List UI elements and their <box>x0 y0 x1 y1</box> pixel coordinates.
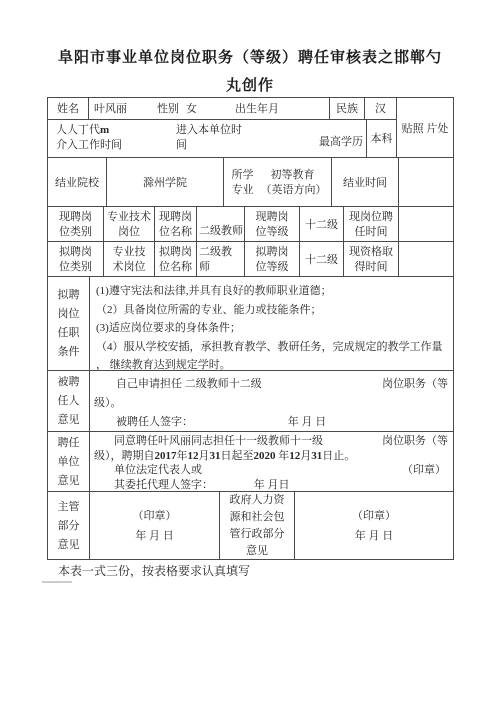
school-label: 结业院校 <box>55 176 99 190</box>
row-work-time: 人人丁代m 介入工作时间 进入本单位时间 最高学历 本科 <box>48 119 396 158</box>
unit-header-cell: 聘任单位意见 <box>48 432 89 492</box>
work-start-line1-suffix: m <box>100 124 109 136</box>
appointee-signature-label: 被聘任人签字： <box>116 416 193 428</box>
row-current-post: 现聘岗位类别 专业技术岗位 现聘岗位名称 二级教师 现聘岗位等级 十二级 现岗位… <box>48 206 453 242</box>
appointment-form-table: 贴照 片处 姓名 叶风丽 性别 女 出生年月 民族 汉 人人 <box>47 97 454 560</box>
government-seal-label: （印章） <box>324 506 424 526</box>
unit-post-duty-text: 岗位职务（等 <box>382 434 448 449</box>
scan-artifact-line <box>42 581 72 583</box>
row-unit-opinion: 聘任单位意见 同意聘任叶风丽同志担任十一级教师十一级 岗位职务（等 级），聘期自… <box>48 431 453 492</box>
government-seal-cell: （印章）年 月 日 <box>294 492 453 560</box>
appointee-header: 被聘任人意见 <box>57 373 81 430</box>
conditions-header-cell: 拟聘岗位任职条件 <box>48 277 89 371</box>
current-post-name-value: 二级教师 <box>199 224 243 239</box>
current-post-category-label-cell: 现聘岗位类别 <box>48 207 103 242</box>
government-dept-label: 政府人力资源和社会包管行政部分意见 <box>229 492 286 560</box>
proposed-post-category-value-cell: 专业技术岗位 <box>103 242 154 277</box>
supervisor-seal-cell: （印章）年 月 日 <box>89 492 219 560</box>
proposed-post-grade-label: 拟聘岗位等级 <box>252 245 292 275</box>
proposed-post-name-value-cell: 二级教师 <box>196 242 244 277</box>
current-post-grade-value-cell: 十二级 <box>299 207 343 242</box>
major-value: 初等教育（英语方向） <box>261 168 325 198</box>
footer-note: 本表一式三份，按表格要求认真填写 <box>58 562 250 579</box>
name-gender-birth-cell: 叶风丽 性别 女 出生年月 <box>88 98 329 119</box>
supervisor-seal-label: （印章） <box>105 506 205 526</box>
row-conditions: 拟聘岗位任职条件 (1)遵守宪法和法律,并具有良好的教师职业道德； （2）具备岗… <box>48 276 453 371</box>
condition-line-1: (1)遵守宪法和法律,并具有良好的教师职业道德； <box>96 282 447 301</box>
unit-agree-text: 同意聘任叶风丽同志担任十一级教师十一级 <box>114 434 323 449</box>
work-time-cell: 人人丁代m 介入工作时间 进入本单位时间 最高学历 <box>48 120 366 158</box>
qualification-time-label: 现资格取得时间 <box>348 245 394 275</box>
proposed-post-grade-value-cell: 十二级 <box>299 242 343 277</box>
row-school: 结业院校 滁州学院 所学专业 初等教育（英语方向） 结业时间 <box>48 157 453 207</box>
school-label-cell: 结业院校 <box>48 158 106 207</box>
unit-agent-signature-label: 其委托代理人签字： <box>114 479 213 491</box>
major-label: 所学专业 <box>231 168 255 198</box>
proposed-post-category-label: 拟聘岗位类别 <box>56 245 96 275</box>
appointee-header-cell: 被聘任人意见 <box>48 371 89 432</box>
government-date-label: 年 月 日 <box>324 526 424 546</box>
highest-education-label: 最高学历 <box>319 135 363 149</box>
gender-value: 女 <box>186 102 197 116</box>
current-post-name-label: 现聘岗位名称 <box>156 210 196 240</box>
document-title-line1: 阜阳市事业单位岗位职务（等级）聘任审核表之邯郸勺 <box>0 44 500 72</box>
qualification-time-value-cell <box>398 242 453 277</box>
unit-term-text: 级），聘期自2017年12月31日起至2020 年12月31日止。 <box>94 449 448 464</box>
current-post-name-label-cell: 现聘岗位名称 <box>154 207 196 242</box>
highest-education-value-cell: 本科 <box>366 120 396 158</box>
condition-line-2: （2）具备岗位所需的专业、能力或技能条件； <box>96 301 447 320</box>
ethnicity-label: 民族 <box>336 102 358 116</box>
row-appointee-opinion: 被聘任人意见 自己申请担任 二级教师十二级 岗位职务（等 级）。 被聘任人签字：… <box>48 370 453 432</box>
proposed-post-name-label-cell: 拟聘岗位名称 <box>154 242 196 277</box>
name-label-cell: 姓名 <box>48 98 88 119</box>
proposed-post-grade-value: 十二级 <box>305 253 338 267</box>
graduation-time-label-cell: 结业时间 <box>331 158 398 207</box>
school-value-cell: 滁州学院 <box>106 158 223 207</box>
current-post-grade-value: 十二级 <box>305 218 338 232</box>
proposed-post-category-value: 专业技术岗位 <box>111 245 147 275</box>
document-title-line2: 丸创作 <box>0 72 500 100</box>
proposed-post-grade-label-cell: 拟聘岗位等级 <box>244 242 299 277</box>
current-post-time-label: 现岗位聘任时间 <box>348 210 394 240</box>
form-document: 阜阳市事业单位岗位职务（等级）聘任审核表之邯郸勺 丸创作 贴照 片处 姓名 叶风… <box>0 0 500 708</box>
ethnicity-value: 汉 <box>375 102 386 116</box>
photo-paste-cell: 贴照 片处 <box>396 98 453 157</box>
row-supervisor-opinion: 主管部分意见 （印章）年 月 日 政府人力资源和社会包管行政部分意见 （印章）年… <box>48 491 453 560</box>
current-post-category-value: 专业技术岗位 <box>106 210 152 240</box>
appointee-content-cell: 自己申请担任 二级教师十二级 岗位职务（等 级）。 被聘任人签字： 年 月 日 <box>89 371 453 432</box>
current-post-category-value-cell: 专业技术岗位 <box>103 207 154 242</box>
supervisor-date-label: 年 月 日 <box>105 526 205 546</box>
photo-paste-label: 贴照 片处 <box>402 120 449 136</box>
condition-line-3: (3)适应岗位要求的身体条件； <box>96 319 447 338</box>
unit-entry-time-label: 进入本单位时间 <box>176 123 246 153</box>
work-start-time-label: 人人丁代m 介入工作时间 <box>56 123 122 153</box>
proposed-post-name-value: 二级教师 <box>199 245 235 275</box>
conditions-content-cell: (1)遵守宪法和法律,并具有良好的教师职业道德； （2）具备岗位所需的专业、能力… <box>89 277 453 371</box>
conditions-header: 拟聘岗位任职条件 <box>57 286 81 362</box>
name-value: 叶风丽 <box>94 102 127 116</box>
highest-education-value: 本科 <box>371 132 393 146</box>
government-dept-cell: 政府人力资源和社会包管行政部分意见 <box>219 492 294 560</box>
graduation-time-value-cell <box>398 158 453 207</box>
current-post-name-value-cell: 二级教师 <box>196 207 244 242</box>
graduation-time-label: 结业时间 <box>343 176 387 190</box>
document-title: 阜阳市事业单位岗位职务（等级）聘任审核表之邯郸勺 丸创作 <box>0 44 500 100</box>
current-post-category-label: 现聘岗位类别 <box>56 210 96 240</box>
work-start-line1: 人人丁代 <box>56 124 100 136</box>
appointee-wrap-text: 级）。 <box>94 394 448 413</box>
current-post-grade-label: 现聘岗位等级 <box>252 210 292 240</box>
unit-representative-label: 单位法定代表人或 <box>114 463 202 478</box>
current-post-time-label-cell: 现岗位聘任时间 <box>343 207 398 242</box>
ethnicity-value-cell: 汉 <box>364 98 396 119</box>
unit-seal-label: （印章） <box>402 463 446 478</box>
qualification-time-label-cell: 现资格取得时间 <box>343 242 398 277</box>
supervisor-header-cell: 主管部分意见 <box>48 492 89 560</box>
appointee-request-text: 自己申请担任 二级教师十二级 <box>116 375 262 394</box>
supervisor-header: 主管部分意见 <box>57 498 81 555</box>
name-label: 姓名 <box>57 102 79 116</box>
proposed-post-category-label-cell: 拟聘岗位类别 <box>48 242 103 277</box>
appointee-post-duty-text: 岗位职务（等 <box>382 375 448 394</box>
unit-date-label: 年 月日 <box>254 479 290 491</box>
row-proposed-post: 拟聘岗位类别 专业技术岗位 拟聘岗位名称 二级教师 拟聘岗位等级 十二级 现资格… <box>48 241 453 277</box>
work-start-line2: 介入工作时间 <box>56 138 122 153</box>
current-post-time-value-cell <box>398 207 453 242</box>
unit-header: 聘任单位意见 <box>57 434 81 491</box>
gender-label: 性别 <box>157 102 179 116</box>
major-cell: 所学专业 初等教育（英语方向） <box>223 158 331 207</box>
row-basic-info: 姓名 叶风丽 性别 女 出生年月 民族 汉 <box>48 98 396 119</box>
condition-line-4: （4）服从学校安插，承担教育教学、教研任务，完成规定的教学工作量 <box>96 338 447 357</box>
current-post-grade-label-cell: 现聘岗位等级 <box>244 207 299 242</box>
school-value: 滁州学院 <box>143 176 187 190</box>
unit-content-cell: 同意聘任叶风丽同志担任十一级教师十一级 岗位职务（等 级），聘期自2017年12… <box>89 432 453 492</box>
appointee-date-label: 年 月 日 <box>288 416 327 428</box>
ethnicity-label-cell: 民族 <box>329 98 364 119</box>
proposed-post-name-label: 拟聘岗位名称 <box>156 245 196 275</box>
birth-date-label: 出生年月 <box>235 102 279 116</box>
